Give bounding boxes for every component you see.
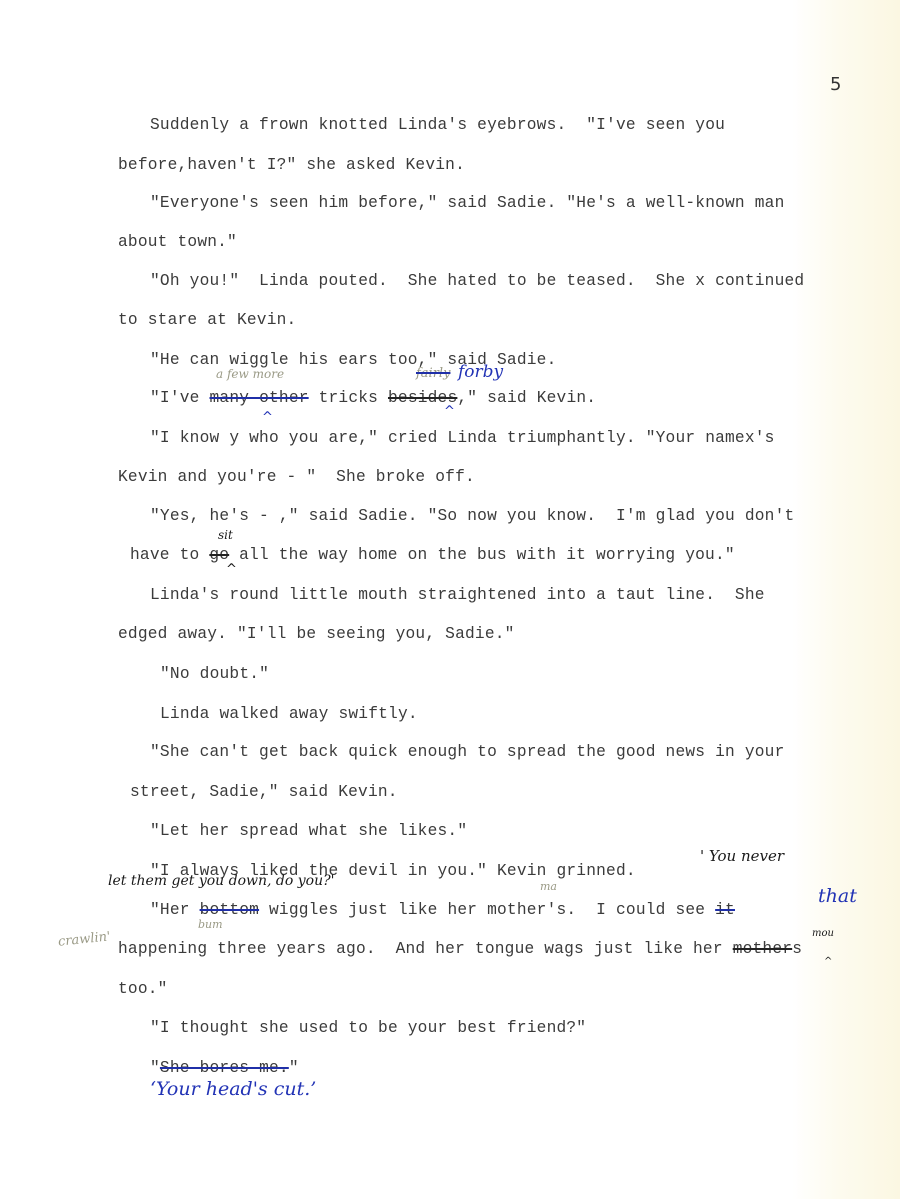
- typed-line: "I thought she used to be your best frie…: [150, 1018, 586, 1038]
- typed-line: "No doubt.": [160, 664, 269, 684]
- typed-line: Linda walked away swiftly.: [160, 704, 418, 724]
- typed-line: before,haven't I?" she asked Kevin.: [118, 155, 465, 175]
- struck-text: She bores me.: [160, 1059, 289, 1077]
- typed-fragment: "Her: [150, 901, 200, 919]
- struck-text: bottom: [200, 901, 260, 919]
- typed-line-edited: "She bores me.": [150, 1058, 299, 1078]
- insertion-caret: ^: [444, 404, 455, 419]
- ink-annotation: forby: [458, 362, 503, 382]
- struck-text: many other: [210, 389, 309, 407]
- typed-line: street, Sadie," said Kevin.: [130, 782, 398, 802]
- typed-fragment: all the way home on the bus with it worr…: [229, 546, 735, 564]
- struck-text: mother: [733, 940, 793, 958]
- typed-fragment: ," said Kevin.: [457, 389, 596, 407]
- typed-line: to stare at Kevin.: [118, 310, 296, 330]
- pencil-annotation: bum: [198, 918, 223, 931]
- pencil-annotation: a few more: [216, 367, 284, 381]
- typed-line: too.": [118, 979, 168, 999]
- typed-fragment: ": [150, 1059, 160, 1077]
- typed-fragment: ": [289, 1059, 299, 1077]
- typed-line: Kevin and you're - " She broke off.: [118, 467, 475, 487]
- typed-fragment: happening three years ago. And her tongu…: [118, 940, 733, 958]
- typed-line: "Everyone's seen him before," said Sadie…: [150, 193, 785, 213]
- ink-annotation: sit: [218, 528, 233, 542]
- typed-line: about town.": [118, 232, 237, 252]
- page-number: 5: [830, 74, 841, 95]
- ink-annotation: ‘Your head's cut.’: [150, 1078, 316, 1100]
- typed-line: "Yes, he's - ," said Sadie. "So now you …: [150, 506, 794, 526]
- typed-line: edged away. "I'll be seeing you, Sadie.": [118, 624, 515, 644]
- typed-line-edited: "I've many other tricks besides," said K…: [150, 388, 596, 408]
- ink-annotation: ' You never: [700, 847, 784, 865]
- pencil-annotation: crawlin': [57, 929, 111, 949]
- typed-fragment: tricks: [309, 389, 388, 407]
- typed-line: "Oh you!" Linda pouted. She hated to be …: [150, 271, 804, 291]
- typed-fragment: "I've: [150, 389, 210, 407]
- typed-line: "I know y who you are," cried Linda triu…: [150, 428, 775, 448]
- typed-line: Linda's round little mouth straightened …: [150, 585, 765, 605]
- ink-annotation: let them get you down, do you?': [108, 873, 334, 889]
- typed-line-edited: "Her bottom wiggles just like her mother…: [150, 900, 735, 920]
- typed-line: Suddenly a frown knotted Linda's eyebrow…: [150, 115, 725, 135]
- insertion-caret: ^: [226, 562, 237, 577]
- typed-line-edited: happening three years ago. And her tongu…: [118, 939, 802, 959]
- typed-fragment: have to: [130, 546, 209, 564]
- typed-line-edited: have to go all the way home on the bus w…: [130, 545, 735, 565]
- struck-text: it: [715, 901, 735, 919]
- ink-annotation: that: [818, 885, 857, 907]
- typed-fragment: wiggles just like her mother's. I could …: [259, 901, 715, 919]
- pencil-annotation: ma: [540, 880, 557, 893]
- typed-line: "She can't get back quick enough to spre…: [150, 742, 785, 762]
- typed-line: "Let her spread what she likes.": [150, 821, 467, 841]
- manuscript-page: 5 Suddenly a frown knotted Linda's eyebr…: [0, 0, 900, 1199]
- ink-annotation: mou: [812, 928, 834, 939]
- struck-annotation: fairly: [416, 366, 450, 381]
- insertion-caret: ^: [824, 956, 832, 967]
- typed-fragment: s: [792, 940, 802, 958]
- insertion-caret: ^: [262, 410, 273, 425]
